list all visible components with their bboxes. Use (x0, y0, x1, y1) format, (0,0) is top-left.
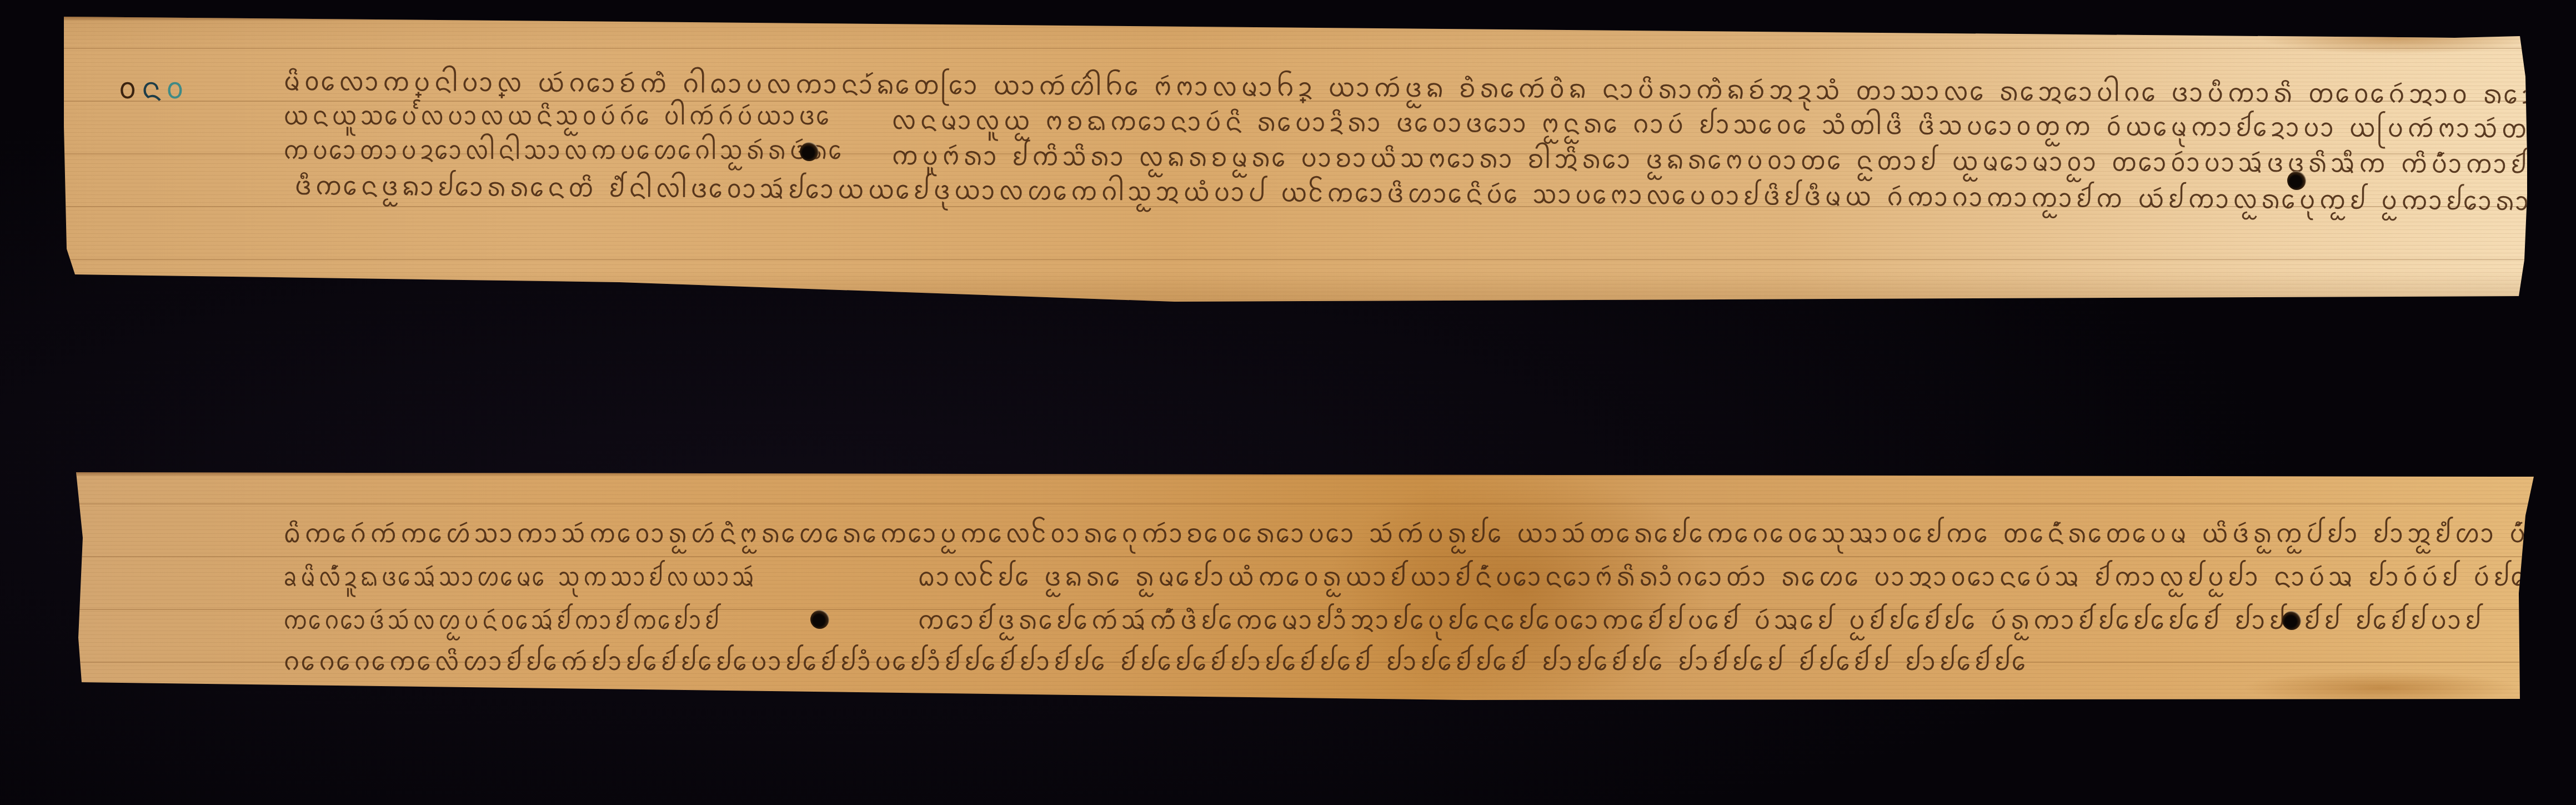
binding-hole-right (2287, 171, 2306, 190)
folio-glyph-2: ᨶ (141, 71, 166, 106)
text-line-4: ᨣᩮᨣᩮᨣᩮᨠᩮᩃᩦᩉᩣᩀᩢᩀᩮᨠᩢᩀᩣᩀᩮᩀᩢᩀᩮᩀᩮᨷᩣᩀᩮᩀᩢᩀᩣᩴᨷᩮᩀ… (283, 644, 2029, 678)
palm-leaf-bottom: ᨵᩦᨠᩮᨣᩢᨠᩢᨠᩮᩉᩢᩈᩣᨠᩣᩈᩢᨠᩮᩅᩣᩁᩬᩉᩢᨶᩫᨻᩬᩁᩮᩉᩮᩁᩮᨠᩮᩣᨷ… (76, 471, 2534, 704)
folio-number: ᩅᨶ᪀ (118, 67, 188, 114)
folio-glyph-1: ᩅ (118, 71, 141, 106)
text-line-3-right: ᨠᩮᩣᩀᩢᨴᩬᩁᩮᩀᩮᨠᩢᩇᩢᨠᩢᩴᨴᩫᩀᩮᨠᩮᨾᩣᩀᩣᩴᩋᩣᩀᩮᨷᩩᩀᩮᨶᩮᩀ… (918, 603, 2485, 637)
binding-hole-right (2282, 611, 2301, 630)
text-line-2-left: ᨡᨾᩦᩃᩢᩴᨯᩪᨳᨴᩮᩇᩢᩈᩣᩉᩮᨾᩮ ᩈᩩᨠᩈᩣᩀᩢᩃᨿᩣᩇᩢ (283, 560, 758, 593)
text-line-2-left: ᨿᨶᨿᩪᩈᩮᨷᩘᩃᨷᩣᩃᨿᨶᩦᩈᩬᩅᨷᩢᨣᩢᩮ ᨷᩤᨠᩢᨣᩢᨷᩢᨿᩣᨴᩮ (283, 99, 833, 132)
text-line-2-right: ᨵᩣᩃᩰᩀᩮ ᨴᩬᨦᩁᩮ ᩁᩬᨾᩮᩀᩣᨿᩴᨠᩮᩅᩁᩬᨿᩣᩀᩢᨿᩣᩀᩢᨶᩢᩴᨷᩮᩣ… (918, 560, 2534, 593)
binding-hole-left (800, 142, 819, 161)
folio-glyph-3: ᪀ (166, 71, 189, 106)
text-line-3-left: ᨠᨷᩮᩣᨲᩣᨷᨯᩮᩣᩃᩤᨶᩤᩈᩣᩃᨠᨷᩮᩉᩮᨣᩤᩈᩬᩁᩢᩁᨴᩢᩁᩮ (283, 133, 845, 167)
binding-hole-left (810, 610, 829, 629)
text-line-3-left: ᨠᩮᨣᩮᩣᨴᩢᩈᩢᩃᩉᩬᨷᨶᩢᩅᩮᩇᩢᩀᩢᨠᩣᩀᩢᨠᩮᩀᩣᩀᩢ (283, 603, 723, 637)
palm-leaf-top: ᩅᨶ᪀ ᨾᩦᩅᩮᩃᩣᨠ᩠ᨷᨶᩤᨷᩣ᩠ᩃ ᨿᩢᨣᩮᩣᨧᩢᨠᩫ ᨣᩤᨵᩣᨷᩃᨠᩣᨶᩣ… (64, 16, 2527, 304)
text-line-1: ᨵᩦᨠᩮᨣᩢᨠᩢᨠᩮᩉᩢᩈᩣᨠᩣᩈᩢᨠᩮᩅᩣᩁᩬᩉᩢᨶᩫᨻᩬᩁᩮᩉᩮᩁᩮᨠᩮᩣᨷ… (283, 517, 2534, 550)
